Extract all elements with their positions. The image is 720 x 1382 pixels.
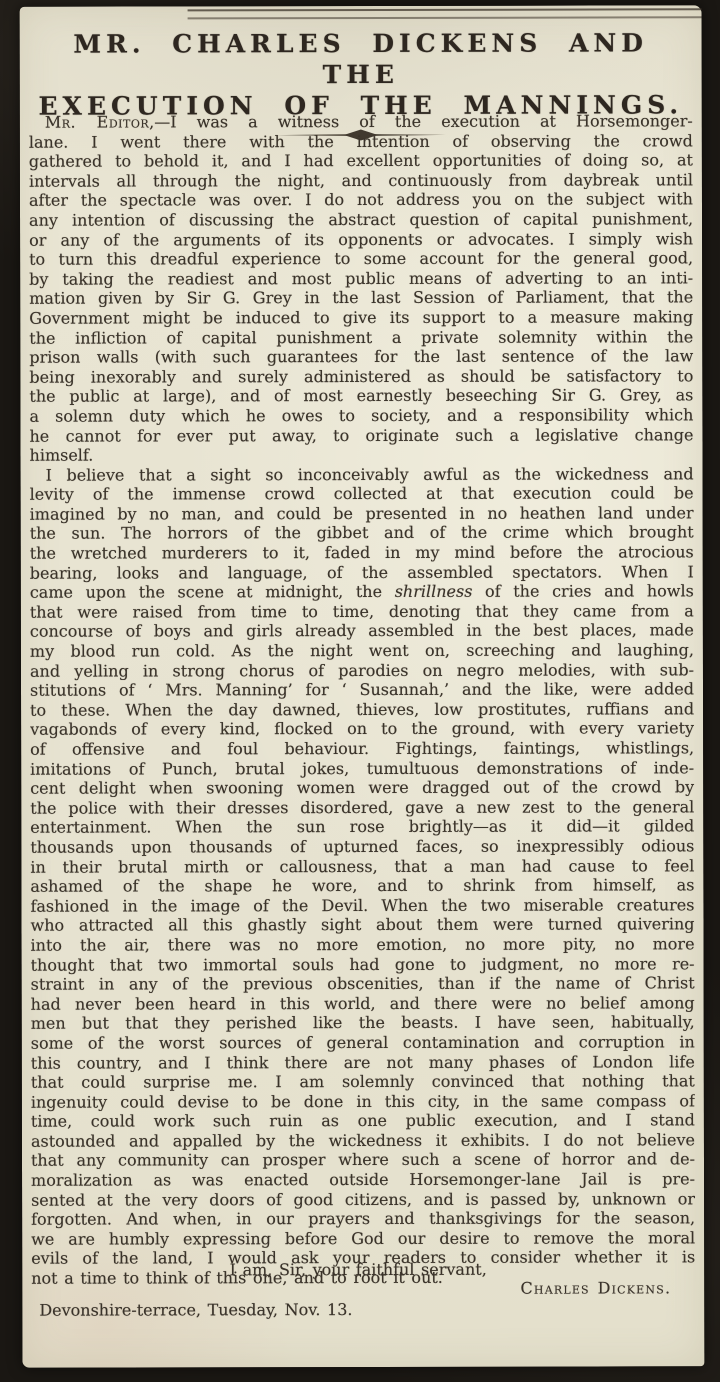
text-line: stitutions of ‘ Mrs. Manning’ for ‘ Susa… [30, 680, 694, 701]
text-line: himself. [29, 444, 693, 465]
text-line: of offensive and foul behaviour. Fightin… [30, 738, 694, 759]
text-line: imitations of Punch, brutal jokes, tumul… [30, 758, 694, 779]
text-line: imagined by no man, and could be present… [30, 503, 694, 524]
text-line: thousands upon thousands of upturned fac… [30, 836, 694, 857]
text-line: being inexorably and surely administered… [29, 366, 693, 387]
text-line: who attracted all this ghastly sight abo… [30, 915, 694, 936]
text-line: the public at large), and of most earnes… [29, 386, 693, 407]
text-line: straint in any of the previous obsceniti… [31, 973, 695, 994]
newspaper-clipping: MR. CHARLES DICKENS AND THE EXECUTION OF… [20, 5, 705, 1367]
top-rule [188, 8, 702, 19]
text-line: that could surprise me. I am solemnly co… [31, 1071, 695, 1092]
text-line: gathered to behold it, and I had excelle… [29, 150, 693, 171]
text-line: the sun. The horrors of the gibbet and o… [30, 523, 694, 544]
text-line: levity of the immense crowd collected at… [30, 484, 694, 505]
paragraph: I believe that a sight so inconceivably … [30, 464, 696, 1288]
text-line: my blood run cold. As the night went on,… [30, 640, 694, 661]
text-line: to turn this dreadful experience to some… [29, 248, 693, 269]
text-line: that any community can prosper where suc… [31, 1150, 695, 1171]
text-line: cent delight when swooning women were dr… [30, 777, 694, 798]
signature: Charles Dickens. [31, 1279, 695, 1300]
text-line: that were raised from time to time, deno… [30, 601, 694, 622]
text-line: intervals all through the night, and con… [29, 170, 693, 191]
text-line: moralization as was enacted outside Hors… [31, 1169, 695, 1190]
text-line: and yelling in strong chorus of parodies… [30, 660, 694, 681]
article-title-line1: MR. CHARLES DICKENS AND THE [30, 27, 692, 90]
text-line: ingenuity could devise to be done in thi… [31, 1091, 695, 1112]
text-line: prison walls (with such guarantees for t… [29, 346, 693, 367]
paragraph: Mr. Editor,—I was a witness of the execu… [29, 111, 694, 465]
text-line: a solemn duty which he owes to society, … [29, 405, 693, 426]
text-line: thought that two immortal souls had gone… [31, 954, 695, 975]
text-line: I believe that a sight so inconceivably … [30, 464, 694, 485]
text-line: after the spectacle was over. I do not a… [29, 190, 693, 211]
text-line: men but that they perished like the beas… [31, 1013, 695, 1034]
text-line: concourse of boys and girls already asse… [30, 621, 694, 642]
text-line: sented at the very doors of good citizen… [31, 1189, 695, 1210]
text-line: mation given by Sir G. Grey in the last … [29, 288, 693, 309]
text-line: the police with their dresses disordered… [30, 797, 694, 818]
text-line: lane. I went there with the intention of… [29, 131, 693, 152]
text-line: by taking the readiest and most public m… [29, 268, 693, 289]
text-line: time, could work such ruin as one public… [31, 1111, 695, 1132]
dateline: Devonshire-terrace, Tuesday, Nov. 13. [39, 1299, 695, 1320]
text-line: Mr. Editor,—I was a witness of the execu… [29, 111, 693, 132]
text-line: in their brutal mirth or callousness, th… [30, 856, 694, 877]
text-line: vagabonds of every kind, flocked on to t… [30, 719, 694, 740]
text-line: had never been heard in this world, and … [31, 993, 695, 1014]
text-line: this country, and I think there are not … [31, 1052, 695, 1073]
text-line: the infliction of capital punishment a p… [29, 327, 693, 348]
text-line: or any of the arguments of its opponents… [29, 229, 693, 250]
article-body: Mr. Editor,—I was a witness of the execu… [29, 111, 695, 1288]
text-line: fashioned in the image of the Devil. Whe… [30, 895, 694, 916]
text-line: the wretched murderers to it, faded in m… [30, 542, 694, 563]
text-line: astounded and appalled by the wickedness… [31, 1130, 695, 1151]
article-title: MR. CHARLES DICKENS AND THE EXECUTION OF… [30, 27, 692, 121]
text-line: bearing, looks and language, of the asse… [30, 562, 694, 583]
text-line: forgotten. And when, in our prayers and … [31, 1209, 695, 1230]
text-line: to these. When the day dawned, thieves, … [30, 699, 694, 720]
text-line: came upon the scene at midnight, the shr… [30, 582, 694, 603]
text-line: any intention of discussing the abstract… [29, 209, 693, 230]
text-line: into the air, there was no more emotion,… [31, 934, 695, 955]
text-line: some of the worst sources of general con… [31, 1032, 695, 1053]
text-line: Government might be induced to give its … [29, 307, 693, 328]
letter-footer: I am, Sir, your faithful servant, Charle… [31, 1259, 695, 1321]
text-line: entertainment. When the sun rose brightl… [30, 817, 694, 838]
text-line: we are humbly expressing before God our … [31, 1228, 695, 1249]
text-line: he cannot for ever put away, to originat… [29, 425, 693, 446]
closing-line: I am, Sir, your faithful servant, [31, 1259, 695, 1280]
text-line: ashamed of the shape he wore, and to shr… [30, 875, 694, 896]
